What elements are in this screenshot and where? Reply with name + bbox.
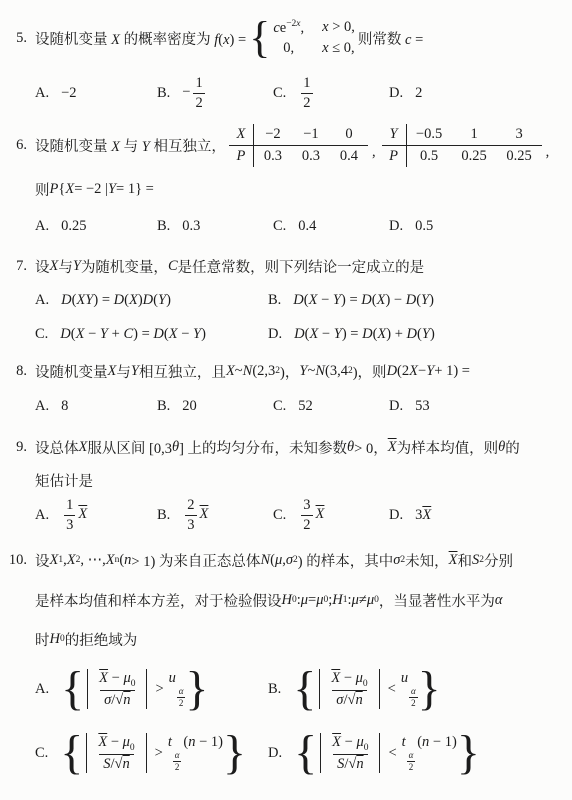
option-5B: B.−12 [157,74,273,111]
table-row: Y −0.5 1 3 [382,124,542,146]
relation-sign: < [388,745,396,762]
option-label: A. [35,681,49,698]
set-left-brace: { [61,666,84,712]
critical-value: tα2(n − 1) [402,734,457,772]
table-header-p: P [382,146,407,167]
relation-sign: > [155,681,163,698]
option-label: D. [389,507,403,524]
set-left-brace: { [294,730,317,776]
question-9-stem: 9. 设总体 X 服从区间 [0,3θ] 上的均匀分布，未知参数 θ > 0，X… [0,436,572,458]
absolute-value: X − μ0 S/√n [86,733,146,774]
rejection-region-expression: { X − μ0 S/√n < tα2(n − 1) } [294,730,480,776]
option-label: C. [35,326,48,343]
option-label: D. [268,745,282,762]
question-8-stem-text: 设随机变量 X 与 Y 相互独立，且 X ~ N(2,32)，Y ~ N(3,4… [35,361,470,382]
piecewise-left-brace: { [249,16,270,60]
table-cell: 0.3 [254,146,292,167]
set-right-brace: } [457,730,480,776]
option-label: D. [389,218,403,235]
fraction-numerator: X − μ0 [94,733,138,755]
option-value: 12 [298,74,315,111]
question-5-options: A.−2 B.−12 C.12 D.2 [0,72,572,114]
set-left-brace: { [293,666,316,712]
table-row: P 0.5 0.25 0.25 [382,146,542,167]
option-label: B. [157,507,170,524]
option-value: 23X [182,496,208,533]
table-cell: −1 [292,124,330,145]
question-10-options-ab: A. { X − μ0 σ/√n > uα2 } B. [0,660,572,718]
table-row: X −2 −1 0 [229,124,368,146]
question-6-stem-line2: 则 P{X = −2 | Y = 1} = [0,178,572,200]
option-label: D. [389,398,403,415]
option-10D: D. { X − μ0 S/√n < tα2(n − 1) } [268,730,572,776]
question-6: 6. 设随机变量 X 与 Y 相互独立， X −2 −1 0 P 0.3 0.3… [0,122,572,236]
set-left-brace: { [60,730,83,776]
table-cell: 0.25 [497,146,542,167]
question-8: 8. 设随机变量 X 与 Y 相互独立，且 X ~ N(2,32)，Y ~ N(… [0,360,572,416]
y-distribution-table: Y −0.5 1 3 P 0.5 0.25 0.25 [382,124,542,167]
option-9C: C.32X [273,496,389,533]
option-9B: B.23X [157,496,273,533]
question-10-options-cd: C. { X − μ0 S/√n > tα2(n − 1) } D. [0,724,572,782]
question-9-options: A.13X B.23X C.32X D.3X [0,496,572,534]
option-value: 0.3 [182,218,200,235]
option-label: C. [35,745,48,762]
question-9-number: 9. [0,439,27,456]
question-10-number: 10. [0,552,27,569]
option-7B: B.D(X − Y) = D(X) − D(Y) [268,292,572,309]
option-7C: C.D(X − Y + C) = D(X − Y) [35,326,268,343]
question-5: 5. 设随机变量 X 的概率密度为 f(x) = { ce−2x, x > 0,… [0,12,572,114]
table-row: P 0.3 0.3 0.4 [229,146,368,167]
option-10C: C. { X − μ0 S/√n > tα2(n − 1) } [35,730,268,776]
table-cell: 3 [497,124,542,145]
piecewise-bottom-value: 0, [273,40,304,57]
option-label: A. [35,292,49,309]
option-7D: D.D(X − Y) = D(X) + D(Y) [268,326,572,343]
question-5-number: 5. [0,30,27,47]
option-7A: A.D(XY) = D(X)D(Y) [35,292,268,309]
question-10: 10. 设 X1, X2, ⋯, Xn(n > 1) 为来自正态总体 N(μ,σ… [0,548,572,782]
question-7-options-cd: C.D(X − Y + C) = D(X − Y) D.D(X − Y) = D… [0,324,572,344]
rejection-region-expression: { X − μ0 σ/√n < uα2 } [293,666,440,712]
table-cell: 0 [330,124,368,145]
option-value: 0.4 [298,218,316,235]
option-value: 0.25 [61,218,86,235]
option-value: D(X − Y + C) = D(X − Y) [60,326,206,343]
question-5-piecewise: { ce−2x, x > 0, 0, x ≤ 0, [249,16,355,60]
question-8-options: A.8 B.20 C.52 D.53 [0,396,572,416]
option-value: 53 [415,398,430,415]
question-9-stem-line2: 矩估计是 [0,470,572,490]
table-cell: 0.5 [407,146,452,167]
option-6B: B.0.3 [157,218,273,235]
question-6-options: A.0.25 B.0.3 C.0.4 D.0.5 [0,216,572,236]
question-5-stem-before: 设随机变量 X 的概率密度为 f(x) = [35,28,246,49]
exam-page: 5. 设随机变量 X 的概率密度为 f(x) = { ce−2x, x > 0,… [0,0,572,800]
comma: , [372,144,376,161]
option-value: −12 [182,74,207,111]
rejection-region-expression: { X − μ0 σ/√n > uα2 } [61,666,208,712]
piecewise-bottom-condition: x ≤ 0, [322,40,355,57]
option-value: 32X [298,496,324,533]
option-8B: B.20 [157,398,273,415]
option-value: 13X [61,496,87,533]
question-6-stem-before: 设随机变量 X 与 Y 相互独立， [35,135,226,156]
table-cell: 0.3 [292,146,330,167]
option-8D: D.53 [389,398,572,415]
option-label: B. [157,218,170,235]
fraction-denominator: σ/√n [332,690,366,709]
relation-sign: < [388,681,396,698]
table-header-x: X [229,124,254,145]
option-label: A. [35,507,49,524]
option-value: D(XY) = D(X)D(Y) [61,292,171,309]
option-value: 52 [298,398,313,415]
x-distribution-table: X −2 −1 0 P 0.3 0.3 0.4 [229,124,368,167]
option-label: D. [268,326,282,343]
option-label: A. [35,398,49,415]
question-5-stem-after: 则常数 c = [358,28,423,49]
question-7-number: 7. [0,258,27,275]
option-value: D(X − Y) = D(X) + D(Y) [294,326,435,343]
fraction-denominator: S/√n [333,754,368,773]
question-6-stem: 6. 设随机变量 X 与 Y 相互独立， X −2 −1 0 P 0.3 0.3… [0,122,572,168]
question-7: 7. 设 X 与 Y 为随机变量，C 是任意常数，则下列结论一定成立的是 A.D… [0,256,572,344]
fraction-numerator: X − μ0 [328,733,372,755]
option-8C: C.52 [273,398,389,415]
critical-value: tα2(n − 1) [168,734,223,772]
option-5C: C.12 [273,74,389,111]
option-5D: D.2 [389,85,572,102]
question-10-stem-line2: 是样本均值和样本方差，对于检验假设 H0 : μ = μ0 ; H1 : μ ≠… [0,588,572,612]
fraction-numerator: X − μ0 [95,669,139,691]
option-value: −2 [61,85,76,102]
option-value: 0.5 [415,218,433,235]
rejection-region-expression: { X − μ0 S/√n > tα2(n − 1) } [60,730,246,776]
question-8-stem: 8. 设随机变量 X 与 Y 相互独立，且 X ~ N(2,32)，Y ~ N(… [0,360,572,382]
question-8-number: 8. [0,363,27,380]
table-cell: 0.4 [330,146,368,167]
option-label: B. [157,398,170,415]
question-7-stem-text: 设 X 与 Y 为随机变量，C 是任意常数，则下列结论一定成立的是 [35,256,424,277]
option-label: C. [273,85,286,102]
set-right-brace: } [418,666,441,712]
option-label: A. [35,218,49,235]
option-label: C. [273,398,286,415]
option-10B: B. { X − μ0 σ/√n < uα2 } [268,666,572,712]
option-10A: A. { X − μ0 σ/√n > uα2 } [35,666,268,712]
fraction-denominator: S/√n [99,754,134,773]
option-5A: A.−2 [35,85,157,102]
question-6-number: 6. [0,137,27,154]
table-cell: 0.25 [452,146,497,167]
absolute-value: X − μ0 S/√n [320,733,380,774]
piecewise-top-value: ce−2x, [273,19,304,37]
fraction-numerator: X − μ0 [327,669,371,691]
table-header-p: P [229,146,254,167]
table-cell: −0.5 [407,124,452,145]
table-header-y: Y [382,124,407,145]
option-6A: A.0.25 [35,218,157,235]
option-9A: A.13X [35,496,157,533]
option-label: A. [35,85,49,102]
option-value: 20 [182,398,197,415]
option-value: 2 [415,85,422,102]
question-7-stem: 7. 设 X 与 Y 为随机变量，C 是任意常数，则下列结论一定成立的是 [0,256,572,276]
table-cell: 1 [452,124,497,145]
option-value: 8 [61,398,68,415]
piecewise-top-condition: x > 0, [322,19,355,37]
critical-value: uα2 [401,670,418,708]
option-6C: C.0.4 [273,218,389,235]
fraction-denominator: σ/√n [100,690,134,709]
option-value: 3X [415,507,431,524]
option-label: D. [389,85,403,102]
question-10-stem-line1: 设 X1, X2, ⋯, Xn(n > 1) 为来自正态总体 N(μ,σ2) 的… [35,550,513,571]
table-cell: −2 [254,124,292,145]
option-label: B. [157,85,170,102]
question-10-stem-line3: 时 H0 的拒绝域为 [0,628,572,650]
question-5-stem: 5. 设随机变量 X 的概率密度为 f(x) = { ce−2x, x > 0,… [0,12,572,64]
option-9D: D.3X [389,507,572,524]
set-right-brace: } [185,666,208,712]
relation-sign: > [155,745,163,762]
option-6D: D.0.5 [389,218,572,235]
option-label: C. [273,218,286,235]
absolute-value: X − μ0 σ/√n [87,669,147,710]
absolute-value: X − μ0 σ/√n [319,669,379,710]
option-value: D(X − Y) = D(X) − D(Y) [293,292,434,309]
question-9: 9. 设总体 X 服从区间 [0,3θ] 上的均匀分布，未知参数 θ > 0，X… [0,436,572,534]
critical-value: uα2 [169,670,186,708]
option-label: B. [268,681,281,698]
option-8A: A.8 [35,398,157,415]
option-label: B. [268,292,281,309]
set-right-brace: } [223,730,246,776]
option-label: C. [273,507,286,524]
question-7-options-ab: A.D(XY) = D(X)D(Y) B.D(X − Y) = D(X) − D… [0,290,572,310]
question-10-stem: 10. 设 X1, X2, ⋯, Xn(n > 1) 为来自正态总体 N(μ,σ… [0,548,572,572]
comma: , [546,144,550,161]
question-9-stem-line1: 设总体 X 服从区间 [0,3θ] 上的均匀分布，未知参数 θ > 0，X 为样… [35,437,520,458]
